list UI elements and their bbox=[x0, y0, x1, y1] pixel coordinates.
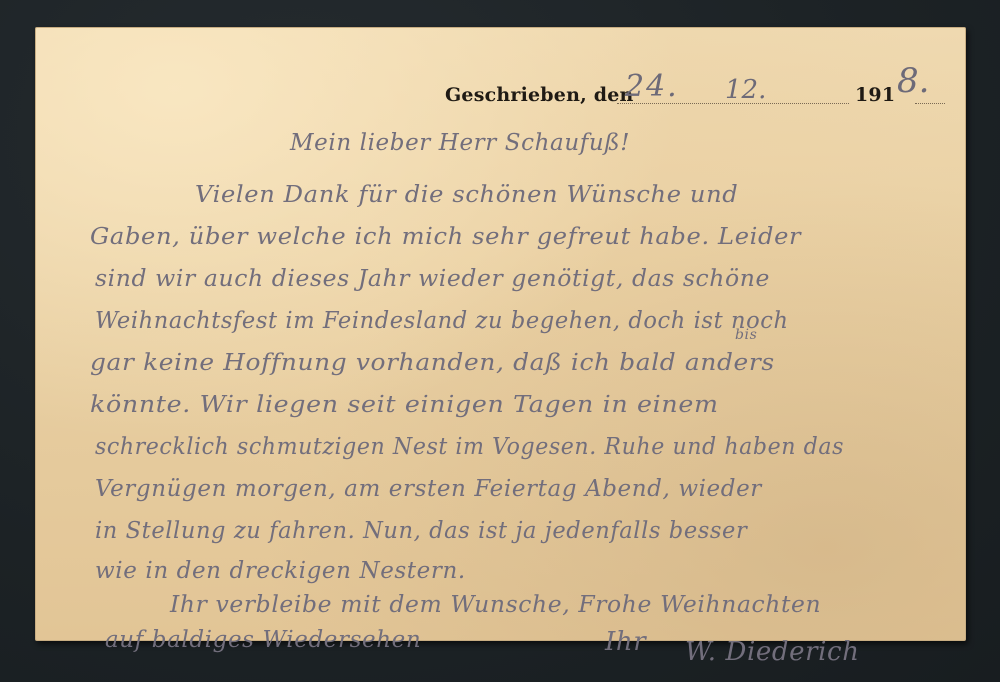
letter-line: Gaben, über welche ich mich sehr gefreut… bbox=[90, 224, 801, 250]
year-dotted-line bbox=[915, 103, 945, 104]
handwritten-month: 12. bbox=[725, 75, 766, 105]
letter-line: in Stellung zu fahren. Nun, das ist ja j… bbox=[95, 518, 747, 544]
postcard: Geschrieben, den 24. 12. 191 8. Mein lie… bbox=[35, 27, 966, 641]
handwritten-year-suffix: 8. bbox=[897, 61, 929, 101]
printed-year-prefix: 191 bbox=[855, 84, 895, 106]
letter-line: Ihr verbleibe mit dem Wunsche, Frohe Wei… bbox=[170, 592, 821, 618]
letter-line: sind wir auch dieses Jahr wieder genötig… bbox=[95, 266, 770, 292]
letter-line: wie in den dreckigen Nestern. bbox=[95, 558, 466, 584]
date-header: Geschrieben, den 24. 12. 191 8. bbox=[445, 75, 965, 115]
letter-line: schrecklich schmutzigen Nest im Vogesen.… bbox=[95, 434, 844, 460]
handwritten-day: 24. bbox=[625, 69, 679, 104]
letter-line: könnte. Wir liegen seit einigen Tagen in… bbox=[90, 392, 719, 418]
salutation: Mein lieber Herr Schaufuß! bbox=[290, 130, 630, 156]
letter-line: Vergnügen morgen, am ersten Feiertag Abe… bbox=[95, 476, 762, 502]
letter-line: Weihnachtsfest im Feindesland zu begehen… bbox=[95, 308, 789, 334]
signature: W. Diederich bbox=[685, 637, 860, 667]
interlinear-insertion: bis bbox=[735, 327, 757, 343]
letter-line: auf baldiges Wiedersehen bbox=[105, 627, 421, 653]
letter-line: Vielen Dank für die schönen Wünsche und bbox=[195, 182, 738, 208]
letter-line: gar keine Hoffnung vorhanden, daß ich ba… bbox=[90, 350, 775, 376]
printed-date-label: Geschrieben, den bbox=[445, 84, 634, 106]
closing: Ihr bbox=[605, 627, 646, 657]
